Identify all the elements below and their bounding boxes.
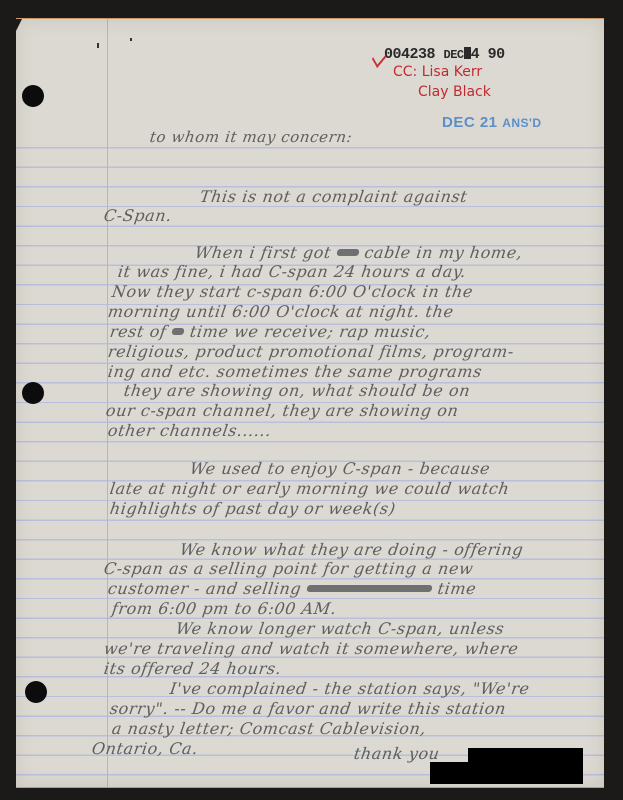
tracking-stamp: 004238 DEC4 90 (384, 46, 505, 63)
letter-line-part: rest of (109, 322, 168, 341)
letter-line: When i first got cable in my home, (194, 243, 524, 262)
salutation: to whom it may concern: (149, 128, 354, 146)
letter-line: other channels...... (107, 421, 273, 440)
staple-mark (130, 38, 132, 41)
crossed-out-word (307, 585, 433, 592)
letter-line-part: cable in my home, (363, 243, 524, 262)
letter-line: customer - and selling time (107, 579, 478, 598)
binder-hole-bottom (25, 681, 47, 703)
binder-hole-middle (22, 382, 44, 404)
letter-line: they are showing on, what should be on (123, 381, 472, 400)
tracking-number: 004238 (384, 46, 435, 63)
letter-line: C-Span. (103, 206, 174, 225)
letter-line: morning until 6:00 O'clock at night. the (107, 302, 455, 321)
answered-month: DEC (442, 114, 475, 131)
letter-line-part: time we receive; rap music, (189, 322, 432, 341)
crossed-out-word (172, 328, 185, 335)
letter-line: C-span as a selling point for getting a … (103, 559, 475, 578)
letter-line: religious, product promotional films, pr… (107, 342, 516, 361)
crossed-out-word (336, 249, 359, 256)
letter-line: it was fine, i had C-span 24 hours a day… (117, 262, 468, 281)
stamp-blot (464, 47, 471, 59)
redaction-block (430, 762, 583, 784)
received-month: DEC (444, 48, 464, 62)
letter-line: highlights of past day or week(s) (109, 499, 397, 518)
answered-stamp: DEC 21 ANS'D (442, 114, 542, 131)
letter-line: We know what they are doing - offering (179, 540, 525, 559)
answered-day: 21 (480, 114, 498, 131)
cc-line-2: Clay Black (418, 84, 491, 100)
answered-label: ANS'D (502, 116, 541, 130)
letter-line: Ontario, Ca. (91, 739, 200, 758)
letter-line-part: When i first got (194, 243, 333, 262)
staple-mark (97, 43, 99, 48)
letter-line: We know longer watch C-span, unless (175, 619, 506, 638)
letter-line-part: customer - and selling (107, 579, 303, 598)
letter-line: rest of time we receive; rap music, (109, 322, 432, 341)
letter-line: our c-span channel, they are showing on (105, 401, 460, 420)
letter-line-part: time (436, 579, 477, 598)
letter-line: ing and etc. sometimes the same programs (107, 362, 484, 381)
letter-line: This is not a complaint against (199, 187, 469, 206)
letter-line: We used to enjoy C-span - because (189, 459, 492, 478)
binder-hole-top (22, 85, 44, 107)
cc-line-1: CC: Lisa Kerr (393, 64, 482, 80)
letter-line: its offered 24 hours. (103, 659, 283, 678)
sign-off: thank you (353, 744, 441, 763)
letter-line: sorry". -- Do me a favor and write this … (109, 699, 508, 718)
letter-line: from 6:00 pm to 6:00 AM. (111, 599, 338, 618)
letter-line: a nasty letter; Comcast Cablevision, (111, 719, 428, 738)
received-day-year: 4 90 (471, 46, 505, 63)
letter-line: late at night or early morning we could … (109, 479, 511, 498)
letter-line: I've complained - the station says, "We'… (169, 679, 531, 698)
letter-line: we're traveling and watch it somewhere, … (103, 639, 520, 658)
letter-line: Now they start c-span 6:00 O'clock in th… (111, 282, 475, 301)
